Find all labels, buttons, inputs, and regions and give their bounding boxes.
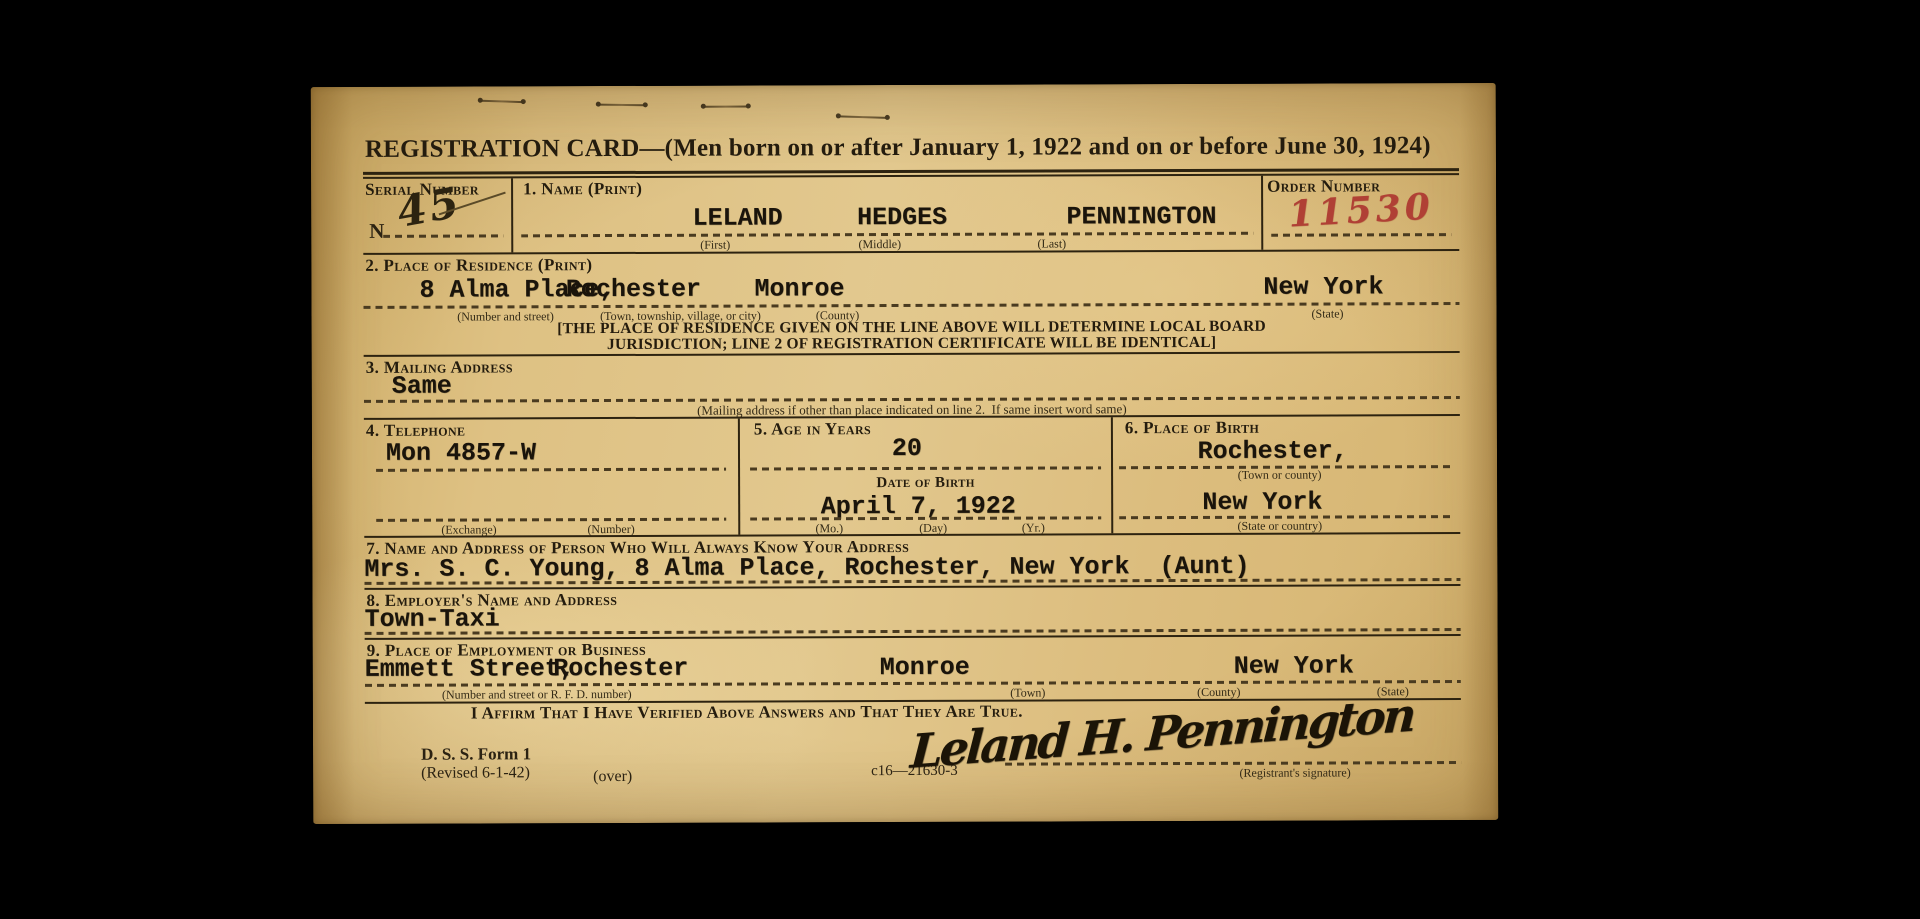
middle-caption: (Middle) (858, 237, 901, 252)
telephone-value: Mon 4857-W (386, 438, 536, 468)
employment-town: Rochester (553, 654, 688, 683)
employment-town-caption: (Town) (1010, 686, 1045, 701)
row-mailing-address: 3. Mailing Address Same (Mailing address… (364, 353, 1460, 420)
birth-town-value: Rochester, (1198, 436, 1348, 466)
exchange-caption: (Exchange) (441, 522, 496, 537)
first-caption: (First) (700, 238, 730, 253)
year-caption: (Yr.) (1022, 521, 1045, 536)
birth-state-value: New York (1202, 488, 1322, 517)
place-of-birth-label: 6. Place of Birth (1125, 418, 1259, 438)
telephone-dotted-line-1 (376, 468, 726, 472)
name-cell: 1. Name (Print) LELAND HEDGES PENNINGTON… (513, 176, 1261, 253)
residence-label: 2. Place of Residence (Print) (365, 255, 592, 276)
row-employer: 8. Employer's Name and Address Town-Taxi (364, 586, 1460, 640)
last-caption: (Last) (1037, 236, 1066, 251)
registration-card: REGISTRATION CARD—(Men born on or after … (311, 83, 1499, 824)
residence-note-line2: JURISDICTION; LINE 2 OF REGISTRATION CER… (364, 334, 1460, 354)
over-note: (over) (593, 768, 632, 786)
form-number: D. S. S. Form 1 (421, 744, 531, 764)
order-dotted-line (1271, 233, 1451, 236)
signature-caption: (Registrant's signature) (1240, 765, 1351, 780)
employment-county: Monroe (880, 653, 970, 682)
residence-state: New York (1263, 272, 1383, 301)
age-cell: 5. Age in Years 20 Date of Birth April 7… (740, 417, 1113, 534)
birth-town-caption: (Town or county) (1238, 468, 1322, 483)
row-residence: 2. Place of Residence (Print) 8 Alma Pla… (363, 251, 1459, 357)
name-middle: HEDGES (857, 203, 947, 232)
place-of-birth-cell: 6. Place of Birth Rochester, (Town or co… (1113, 416, 1460, 533)
name-first: LELAND (693, 203, 783, 232)
serial-dotted-line (383, 234, 503, 237)
residence-town: Rochester (566, 275, 701, 304)
page-background: REGISTRATION CARD—(Men born on or after … (0, 0, 1920, 919)
date-of-birth-label: Date of Birth (876, 475, 974, 492)
employment-state: New York (1234, 651, 1354, 680)
name-last: PENNINGTON (1066, 202, 1216, 232)
employer-dotted-line (365, 628, 1461, 634)
employment-street-caption: (Number and street or R. F. D. number) (442, 687, 632, 703)
employer-value: Town-Taxi (365, 604, 500, 633)
age-label: 5. Age in Years (754, 419, 871, 439)
row-place-of-employment: 9. Place of Employment or Business Emmet… (365, 636, 1461, 704)
day-caption: (Day) (919, 521, 947, 536)
birth-state-caption: (State or country) (1237, 519, 1322, 534)
residence-note: [THE PLACE OF RESIDENCE GIVEN ON THE LIN… (364, 318, 1460, 354)
card-title: REGISTRATION CARD—(Men born on or after … (365, 132, 1431, 164)
mailing-address-value: Same (392, 372, 452, 401)
age-value: 20 (892, 434, 922, 463)
form-body: REGISTRATION CARD—(Men born on or after … (363, 83, 1462, 824)
employment-county-caption: (County) (1197, 685, 1240, 700)
title-zone: REGISTRATION CARD—(Men born on or after … (363, 83, 1459, 172)
number-caption: (Number) (587, 522, 634, 537)
employment-street: Emmett Street, (365, 654, 575, 684)
residence-county: Monroe (754, 274, 844, 303)
footer-zone: D. S. S. Form 1 (Revised 6-1-42) (over) … (365, 723, 1461, 824)
row-telephone-age-birth: 4. Telephone Mon 4857-W (Exchange) (Numb… (364, 416, 1460, 538)
order-number-value: 11530 (1287, 185, 1434, 235)
affirmation-text: I Affirm That I Have Verified Above Answ… (471, 702, 1023, 724)
row-serial-name-order: Serial Number N 45 1. Name (Print) LELAN… (363, 175, 1459, 255)
telephone-dotted-line-2 (376, 518, 726, 522)
month-caption: (Mo.) (815, 521, 843, 536)
order-number-cell: Order Number 11530 (1261, 175, 1459, 250)
row-contact-person: 7. Name and Address of Person Who Will A… (364, 534, 1460, 590)
serial-prefix: N (369, 219, 384, 244)
form-revision: (Revised 6-1-42) (421, 764, 530, 782)
serial-number-cell: Serial Number N 45 (363, 178, 513, 253)
name-label: 1. Name (Print) (523, 179, 642, 199)
mailing-caption: (Mailing address if other than place ind… (697, 401, 1127, 418)
telephone-cell: 4. Telephone Mon 4857-W (Exchange) (Numb… (364, 419, 740, 536)
age-dotted-line (750, 466, 1101, 470)
